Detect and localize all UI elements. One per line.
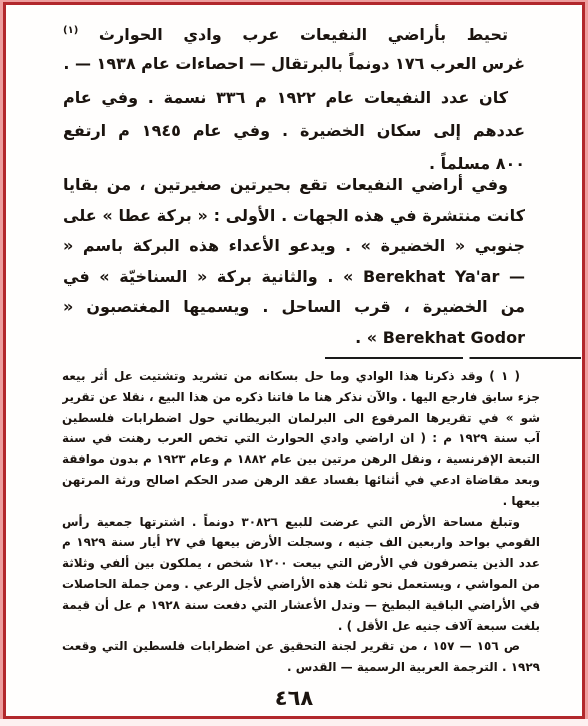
footnote-section: ( ١ ) وقد ذكرنا هذا الوادي وما حل بسكانه… [62, 366, 540, 678]
paragraph-1: تحيط بأراضي النفيعات عرب وادي الحوارث (١… [63, 14, 525, 80]
footnote-line: التبعة الإفرنسية ، ونقل الرهن مرتين بين … [62, 449, 540, 470]
book-page: تحيط بأراضي النفيعات عرب وادي الحوارث (١… [0, 0, 588, 726]
footnote-line: آب سنة ١٩٢٩ م : ( ان اراضي وادي الحوارث … [62, 428, 540, 449]
footnote-source-line: ص ١٥٦ — ١٥٧ ، من تقرير لجنة التحقيق عن ا… [62, 636, 540, 657]
footnote-line: ( ١ ) وقد ذكرنا هذا الوادي وما حل بسكانه… [62, 366, 540, 387]
footnote-line: بيعها . [62, 491, 540, 512]
footnote-line: جزء سابق فارجع اليها . والآن نذكر هنا ما… [62, 387, 540, 408]
paragraph-3: وفي أراضي النفيعات تقع بحيرتين صغيرتين ،… [63, 170, 525, 353]
page-number: ٤٦٨ [6, 686, 582, 710]
text-line: كان عدد النفيعات عام ١٩٢٢ م ٣٣٦ نسمة . و… [63, 81, 525, 114]
text-line: جنوبي « الخضيرة » . ويدعو الأعداء هذه ال… [63, 231, 525, 262]
footnote-line: عدد الذين يتصرفون في الأرض التي بيعت ١٢٠… [62, 553, 540, 574]
footnote-divider [325, 357, 581, 359]
footnote-line: بلغت سبعة آلاف جنيه عل الأقل ) . [62, 616, 540, 637]
text-line: من الخضيرة ، قرب الساحل . ويسميها المغتص… [63, 292, 525, 323]
text-line: كانت منتشرة في هذه الجهات . الأولى : « ب… [63, 201, 525, 232]
text-line: وفي أراضي النفيعات تقع بحيرتين صغيرتين ،… [63, 170, 525, 201]
paragraph-2: كان عدد النفيعات عام ١٩٢٢ م ٣٣٦ نسمة . و… [63, 81, 525, 180]
text-line: غرس العرب ١٧٦ دونماً بالبرتقال — احصاءات… [63, 47, 525, 80]
footnote-line: من المواشي ، ويستعمل نحو ثلث هذه الأراضي… [62, 574, 540, 595]
page-edge-bottom [0, 719, 588, 726]
page-frame: تحيط بأراضي النفيعات عرب وادي الحوارث (١… [3, 2, 585, 719]
footnote-line: شو » في تقريرها المرفوع الى البرلمان الب… [62, 408, 540, 429]
footnote-line: القومي بواحد واربعين الف جنيه ، وسجلت ال… [62, 532, 540, 553]
text-line: تحيط بأراضي النفيعات عرب وادي الحوارث (١… [63, 14, 525, 47]
text-line: عددهم إلى سكان الخضيرة . وفي عام ١٩٤٥ م … [63, 114, 525, 147]
footnote-source-line: ١٩٢٩ . الترجمة العربية الرسمية — القدس . [142, 657, 540, 678]
footnote-ref: (١) [63, 25, 78, 36]
footnote-line: وبعد مقاضاة ادعي في أثنائها بفساد عقد ال… [62, 470, 540, 491]
footnote-line: في الأراضي الباقية البطيخ — وتدل الأعشار… [62, 595, 540, 616]
footnote-line: وتبلغ مساحة الأرض التي عرضت للبيع ٣٠٨٢٦ … [62, 512, 540, 533]
text-line: — Berekhat Ya'ar » . والثانية بركة « الس… [63, 262, 525, 293]
text-line: Berekhat Godor » . [108, 323, 525, 354]
text-run: تحيط بأراضي النفيعات عرب وادي الحوارث [99, 25, 508, 44]
